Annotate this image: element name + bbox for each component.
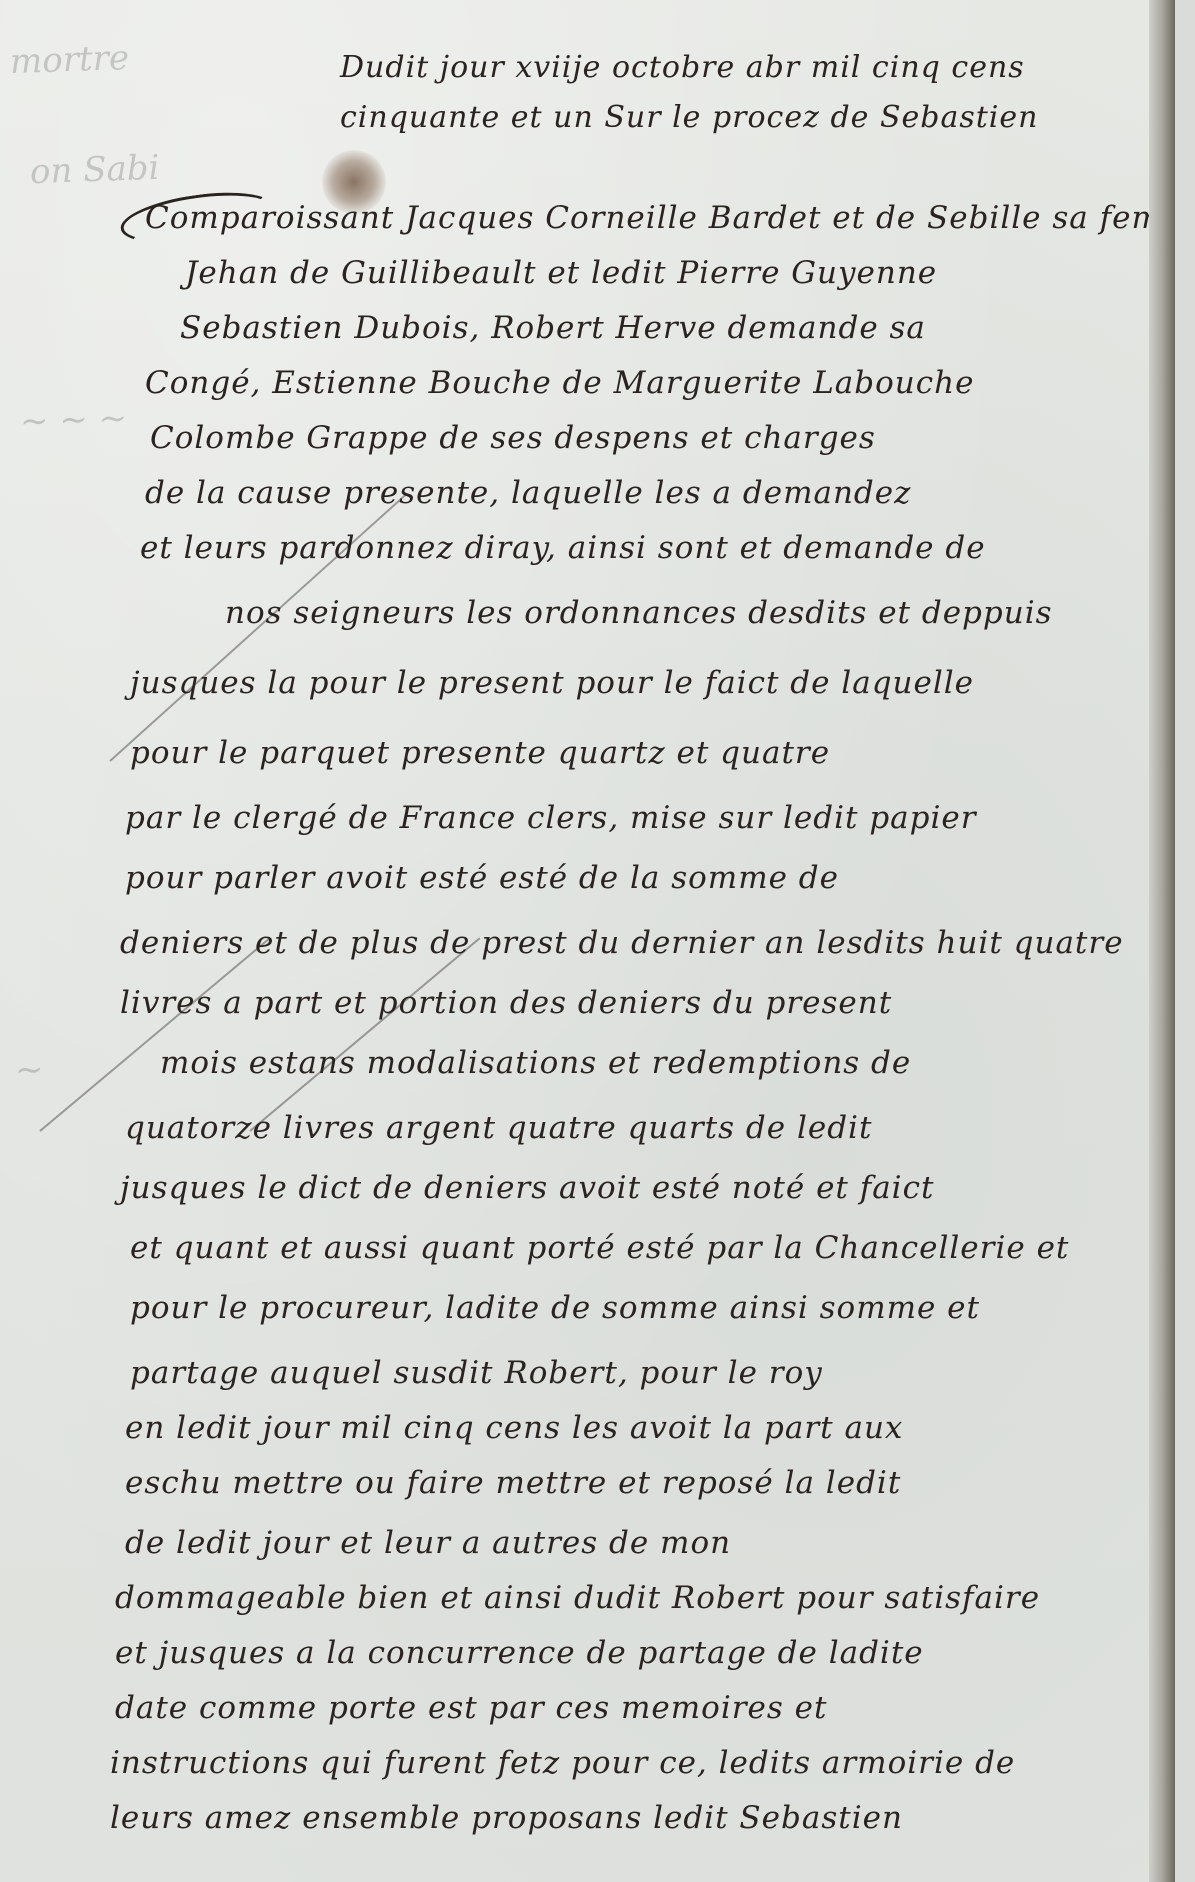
text-line: pour le procureur, ladite de somme ainsi… <box>130 1290 980 1326</box>
text-line: et leurs pardonnez diray, ainsi sont et … <box>140 530 986 566</box>
text-line: de la cause presente, laquelle les a dem… <box>145 475 911 511</box>
text-line: Jehan de Guillibeault et ledit Pierre Gu… <box>185 255 937 291</box>
text-line: livres a part et portion des deniers du … <box>120 985 892 1021</box>
manuscript-page: mortre on Sabi ~ ~ ~ ~ Dudit jour xviije… <box>0 0 1175 1882</box>
text-line: partage auquel susdit Robert, pour le ro… <box>130 1355 823 1391</box>
text-line: deniers et de plus de prest du dernier a… <box>120 925 1124 961</box>
text-line: instructions qui furent fetz pour ce, le… <box>110 1745 1015 1781</box>
text-line: jusques le dict de deniers avoit esté no… <box>120 1170 934 1206</box>
text-line: leurs amez ensemble proposans ledit Seba… <box>110 1800 903 1836</box>
text-line: pour le parquet presente quartz et quatr… <box>130 735 830 771</box>
text-line: Comparoissant Jacques Corneille Bardet e… <box>145 200 1175 236</box>
text-line: nos seigneurs les ordonnances desdits et… <box>225 595 1053 631</box>
text-line: de ledit jour et leur a autres de mon <box>125 1525 731 1561</box>
page-edge <box>1149 0 1175 1882</box>
text-line: Congé, Estienne Bouche de Marguerite Lab… <box>145 365 974 401</box>
text-line: en ledit jour mil cinq cens les avoit la… <box>125 1410 903 1446</box>
text-line: jusques la pour le present pour le faict… <box>130 665 974 701</box>
text-line: mois estans modalisations et redemptions… <box>160 1045 911 1081</box>
text-line: et jusques a la concurrence de partage d… <box>115 1635 924 1671</box>
text-line: Sebastien Dubois, Robert Herve demande s… <box>180 310 926 346</box>
text-line: et quant et aussi quant porté esté par l… <box>130 1230 1069 1266</box>
text-line: eschu mettre ou faire mettre et reposé l… <box>125 1465 901 1501</box>
text-line: date comme porte est par ces memoires et <box>115 1690 827 1726</box>
text-line: par le clergé de France clers, mise sur … <box>125 800 977 836</box>
text-line: Colombe Grappe de ses despens et charges <box>150 420 876 456</box>
text-line: quatorze livres argent quatre quarts de … <box>125 1110 872 1146</box>
body-text: Comparoissant Jacques Corneille Bardet e… <box>0 0 1175 1882</box>
text-line: dommageable bien et ainsi dudit Robert p… <box>115 1580 1040 1616</box>
text-line: pour parler avoit esté esté de la somme … <box>125 860 839 896</box>
